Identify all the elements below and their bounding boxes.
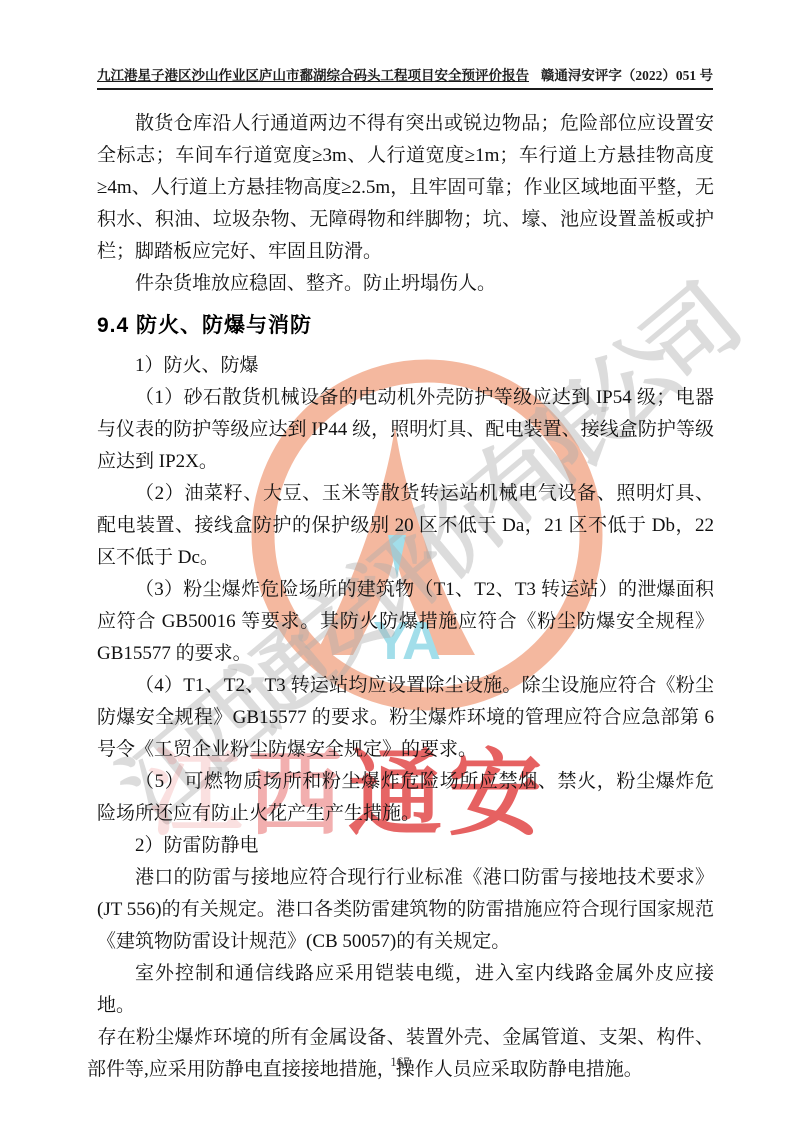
fire-item-4: （4）T1、T2、T3 转运站均应设置除尘设施。除尘设施应符合《粉尘防爆安全规程… xyxy=(97,670,714,766)
header-doc-number: 赣通浔安评字（2022）051 号 xyxy=(541,64,713,84)
fire-item-3: （3）粉尘爆炸危险场所的建筑物（T1、T2、T3 转运站）的泄爆面积应符合 GB… xyxy=(97,574,714,670)
fire-item-2: （2）油菜籽、大豆、玉米等散货转运站机械电气设备、照明灯具、配电装置、接线盒防护… xyxy=(97,478,714,574)
page-content: 散货仓库沿人行通道两边不得有突出或锐边物品；危险部位应设置安全标志；车间车行道宽… xyxy=(97,108,714,1086)
section-heading: 9.4 防火、防爆与消防 xyxy=(97,310,714,342)
lightning-para-2: 室外控制和通信线路应采用铠装电缆，进入室内线路金属外皮应接地。 xyxy=(97,958,714,1022)
subsection-fire-label: 1）防火、防爆 xyxy=(97,350,714,382)
document-page: YA 江西通安评价有限公司 江西通安 九江港星子港区沙山作业区庐山市鄱湖综合码头… xyxy=(0,0,800,1131)
header-report-title: 九江港星子港区沙山作业区庐山市鄱湖综合码头工程项目安全预评价报告 xyxy=(97,64,529,84)
fire-item-1: （1）砂石散货机械设备的电动机外壳防护等级应达到 IP54 级；电器与仪表的防护… xyxy=(97,382,714,478)
page-header: 九江港星子港区沙山作业区庐山市鄱湖综合码头工程项目安全预评价报告 赣通浔安评字（… xyxy=(97,64,713,90)
lightning-para-1: 港口的防雷与接地应符合现行行业标准《港口防雷与接地技术要求》(JT 556)的有… xyxy=(97,862,714,958)
paragraph-cargo-stacking: 件杂货堆放应稳固、整齐。防止坍塌伤人。 xyxy=(97,268,714,300)
page-number: 167 xyxy=(0,1054,800,1070)
subsection-lightning-label: 2）防雷防静电 xyxy=(97,830,714,862)
paragraph-warehouse-rules: 散货仓库沿人行通道两边不得有突出或锐边物品；危险部位应设置安全标志；车间车行道宽… xyxy=(97,108,714,268)
fire-item-5: （5）可燃物质场所和粉尘爆炸危险场所应禁烟、禁火，粉尘爆炸危险场所还应有防止火花… xyxy=(97,766,714,830)
